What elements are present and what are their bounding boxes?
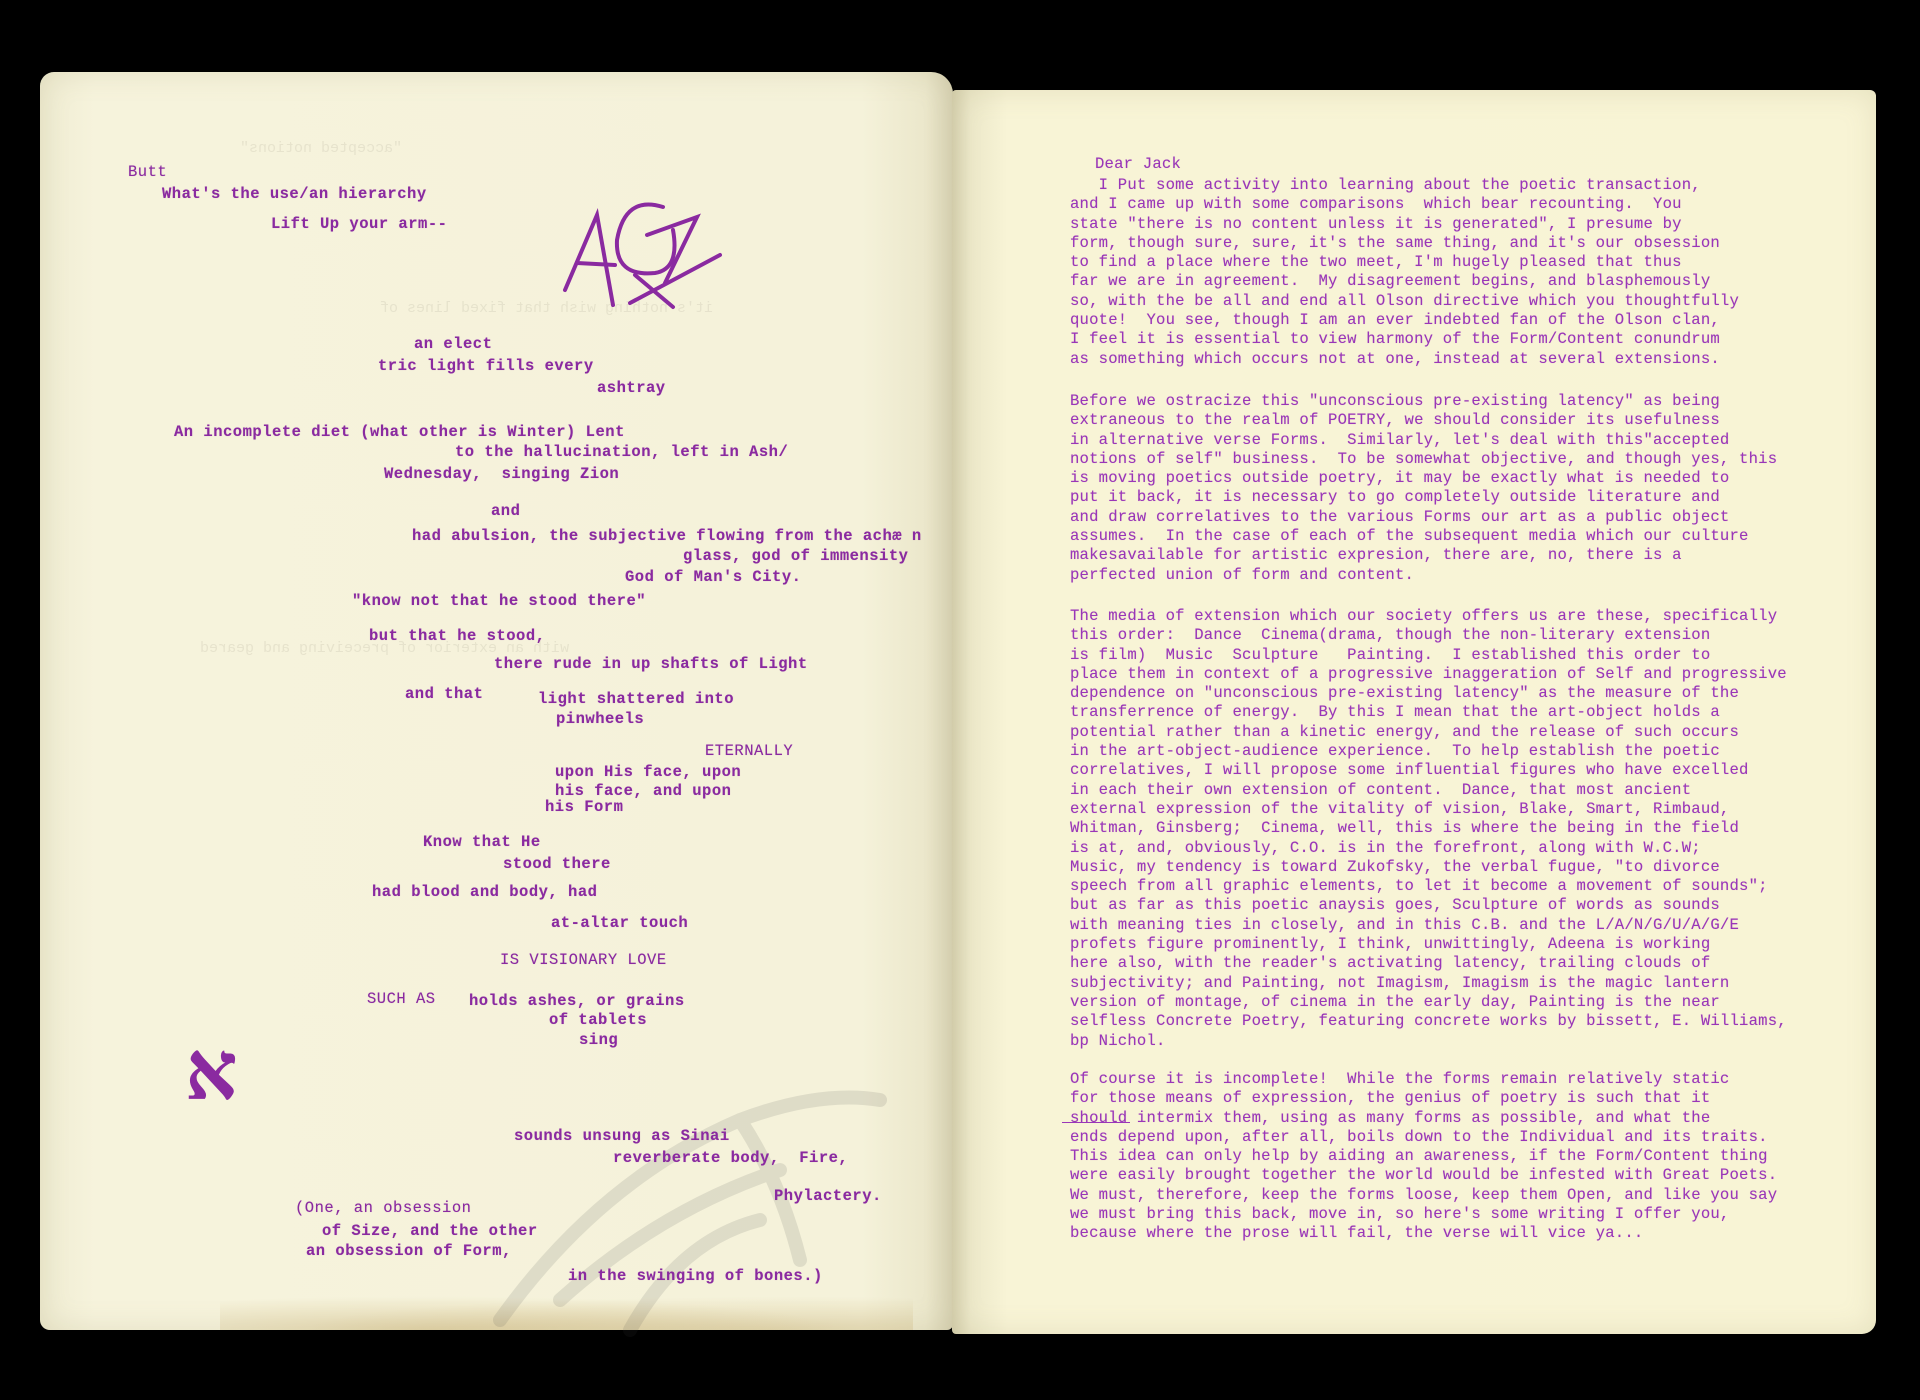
should-underline [1062, 1122, 1130, 1123]
poem-line: ETERNALLY [705, 742, 793, 760]
poem-line: ashtray [597, 379, 666, 397]
poem-line: reverberate body, Fire, [613, 1149, 848, 1167]
poem-line: sounds unsung as Sinai [514, 1127, 730, 1145]
letter-paragraph-1: I Put some activity into learning about … [1070, 176, 1830, 369]
poem-line: Lift Up your arm-- [271, 215, 447, 233]
poem-line: sing [579, 1031, 618, 1049]
poem-line: (One, an obsession [295, 1199, 471, 1217]
poem-line: an obsession of Form, [306, 1242, 512, 1260]
hebrew-aleph-letter: א [185, 1030, 238, 1112]
poem-line: but that he stood, [369, 627, 545, 645]
poem-line: upon His face, upon [555, 763, 741, 781]
poem-line: of tablets [549, 1011, 647, 1029]
poem-line: pinwheels [556, 710, 644, 728]
poem-line: God of Man's City. [625, 568, 801, 586]
poem-line: Butt [128, 163, 167, 181]
poem-line: An incomplete diet (what other is Winter… [174, 423, 625, 441]
poem-line: at-altar touch [551, 914, 688, 932]
poem-line: had blood and body, had [372, 883, 597, 901]
poem-line: his Form [545, 798, 623, 816]
poem-line: an elect [414, 335, 492, 353]
poem-line: to the hallucination, left in Ash/ [455, 443, 788, 461]
poem-line: Know that He [423, 833, 541, 851]
acz-monogram [555, 185, 725, 315]
poem-line: stood there [503, 855, 611, 873]
poem-line: glass, god of immensity [683, 547, 908, 565]
poem-line: Phylactery. [774, 1187, 882, 1205]
letter-paragraph-3: The media of extension which our society… [1070, 607, 1830, 1051]
poem-line: holds ashes, or grains [469, 992, 685, 1010]
poem-line: and [491, 502, 520, 520]
poem-line: light shattered into [538, 690, 734, 708]
poem-line: there rude in up shafts of Light [494, 655, 808, 673]
bleed-through-text: "accepted notions" [240, 140, 402, 157]
letter-paragraph-2: Before we ostracize this "unconscious pr… [1070, 392, 1830, 585]
poem-line: IS VISIONARY LOVE [500, 951, 667, 969]
poem-line: of Size, and the other [322, 1222, 538, 1240]
poem-line: What's the use/an hierarchy [162, 185, 427, 203]
poem-line: SUCH AS [367, 990, 436, 1008]
poem-line: and that [405, 685, 483, 703]
poem-line: tric light fills every [378, 357, 594, 375]
poem-line: in the swinging of bones.) [568, 1267, 823, 1285]
letter-paragraph-4: Of course it is incomplete! While the fo… [1070, 1070, 1830, 1244]
letter-salutation: Dear Jack [1095, 155, 1855, 174]
poem-line: Wednesday, singing Zion [384, 465, 619, 483]
poem-line: "know not that he stood there" [352, 592, 646, 610]
poem-line: had abulsion, the subjective flowing fro… [412, 527, 922, 545]
